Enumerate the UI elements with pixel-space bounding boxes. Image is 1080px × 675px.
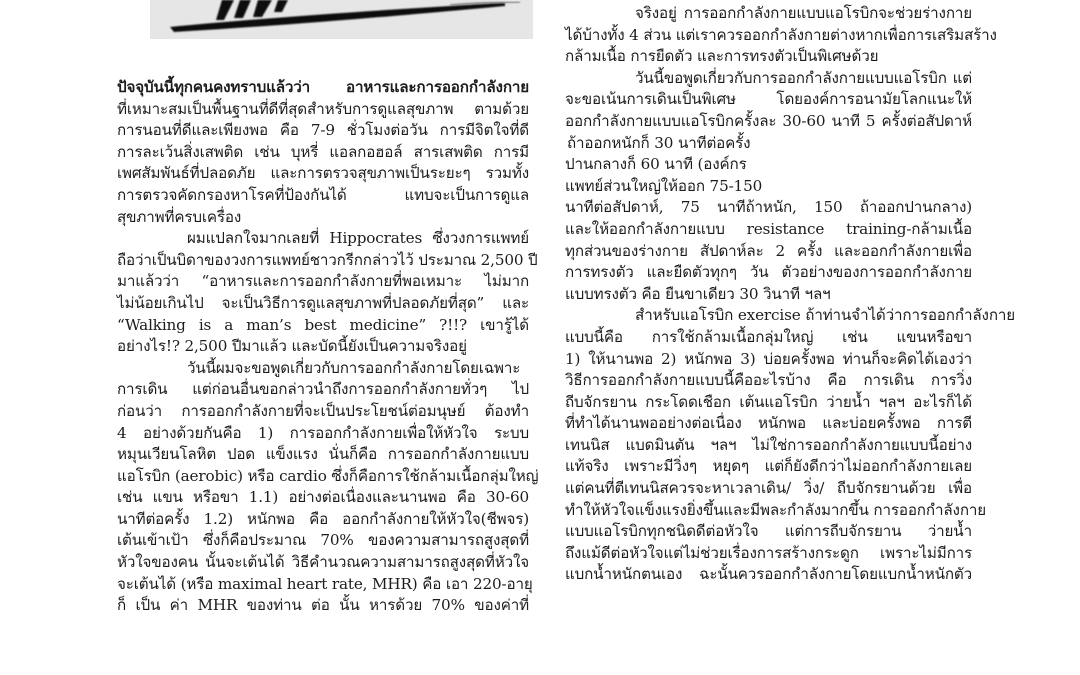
text-line: การทรงตัว และยืดตัวทุกๆ วัน ตัวอย่างของก… bbox=[565, 262, 972, 284]
text-line: ปานกลางก็ 60 นาที (องค์กร bbox=[565, 154, 972, 176]
text-line: 1) ให้นานพอ 2) หนักพอ 3) บ่อยครั้งพอ ท่า… bbox=[565, 349, 972, 371]
text-line: ถือว่าเป็นบิดาของวงการแพทย์ชาวกรีกกล่าวไ… bbox=[117, 250, 529, 272]
text-line: เช่น แขน หรือขา 1.1) อย่างต่อเนื่องและนา… bbox=[117, 487, 529, 509]
text-line: 4 อย่างด้วยกันคือ 1) การออกกำลังกายเพื่อ… bbox=[117, 423, 529, 445]
text-line: แท้จริง เพราะมีวิ่งๆ หยุดๆ แต่ก็ยังดีกว่… bbox=[565, 456, 972, 478]
text-line: “Walking is a man’s best medicine” ?!!? … bbox=[117, 315, 529, 337]
text-line: ก็ เป็น ค่า MHR ของท่าน ต่อ นั้น หารด้วย… bbox=[117, 595, 529, 617]
text-line: ก่อนว่า การออกกำลังกายที่จะเป็นประโยชน์ต… bbox=[117, 401, 529, 423]
page-bottom-edge bbox=[0, 671, 1080, 675]
text-line: การนอนที่ดีและเพียงพอ คือ 7-9 ชั่วโมงต่อ… bbox=[117, 120, 529, 142]
text-line: จะขอเน้นการเดินเป็นพิเศษ โดยองค์การอนามั… bbox=[565, 89, 972, 111]
text-line: หมุนเวียนโลหิต ปอด แข็งแรง นั่นก็คือ การ… bbox=[117, 444, 529, 466]
text-line: ออกกำลังกายแบบแอโรบิกครั้งละ 30-60 นาที … bbox=[565, 111, 972, 133]
text-line: แบกน้ำหนักตนเอง ฉะนั้นควรออกกำลังกายโดยแ… bbox=[565, 564, 972, 586]
text-line: อย่างไร!? 2,500 ปีมาแล้ว และบัดนี้ยังเป็… bbox=[117, 336, 529, 358]
text-line: การเดิน แต่ก่อนอื่นขอกล่าวนำถึงการออกกำล… bbox=[117, 379, 529, 401]
text-line: การตรวจคัดกรองหาโรคที่ป้องกันได้ แทบจะเป… bbox=[117, 185, 529, 207]
text-line: กล้ามเนื้อ การยืดตัว และการทรงตัวเป็นพิเ… bbox=[565, 46, 972, 68]
text-line: แบบแอโรบิกทุกชนิดดีต่อหัวใจ แต่การถีบจัก… bbox=[565, 521, 972, 543]
text-line: ไม่น้อยเกินไป จะเป็นวิธีการดูแลสุขภาพที่… bbox=[117, 293, 529, 315]
text-line: ถีบจักรยาน กระโดดเชือก เต้นแอโรบิก ว่ายน… bbox=[565, 392, 972, 414]
text-line: จะเต้นได้ (หรือ maximal heart rate, MHR)… bbox=[117, 574, 529, 596]
text-line: แอโรบิก (aerobic) หรือ cardio ซึ่งก็คือก… bbox=[117, 466, 529, 488]
text-line: แพทย์ส่วนใหญ่ให้ออก 75-150 bbox=[565, 176, 972, 198]
text-line: นาทีต่อครั้ง 1.2) หนักพอ คือ ออกกำลังกาย… bbox=[117, 509, 529, 531]
text-line: มาแล้วว่า “อาหารและการออกกำลังกายที่พอเห… bbox=[117, 271, 529, 293]
text-line: ถ้าออกหนักก็ 30 นาทีต่อครั้ง bbox=[565, 133, 972, 155]
text-line: เต้นเข้าเป้า ซึ่งก็คือประมาณ 70% ของความ… bbox=[117, 530, 529, 552]
text-line: และให้ออกกำลังกายแบบ resistance training… bbox=[565, 219, 972, 241]
text-line: แบบนี้คือ การใช้กล้ามเนื้อกลุ่มใหญ่ เช่น… bbox=[565, 327, 972, 349]
text-line: ทุกส่วนของร่างกาย สัปดาห์ละ 2 ครั้ง และอ… bbox=[565, 241, 972, 263]
text-line: ถึงแม้ดีต่อหัวใจแต่ไม่ช่วยเรื่องการสร้าง… bbox=[565, 543, 972, 565]
text-line: วิธีการออกกำลังกายแบบนี้คืออะไรบ้าง คือ … bbox=[565, 370, 972, 392]
text-line: นาทีต่อสัปดาห์, 75 นาทีถ้าหนัก, 150 ถ้าอ… bbox=[565, 197, 972, 219]
text-line: วันนี้ผมจะขอพูดเกี่ยวกับการออกกำลังกายโด… bbox=[117, 358, 529, 380]
text-line: หัวใจของคน นั้นจะเต้นได้ วิธีคำนวณความสา… bbox=[117, 552, 529, 574]
article-column-right: จริงอยู่ การออกกำลังกายแบบแอโรบิกจะช่วยร… bbox=[565, 3, 972, 586]
text-line: วันนี้ขอพูดเกี่ยวกับการออกกำลังกายแบบแอโ… bbox=[565, 68, 972, 90]
brush-stroke-title-graphic bbox=[150, 0, 533, 39]
text-line: สุขภาพที่ครบเครื่อง bbox=[117, 207, 529, 229]
article-column-left: ปัจจุบันนี้ทุกคนคงทราบแล้วว่า อาหารและกา… bbox=[117, 77, 529, 617]
text-line: เพศสัมพันธ์ที่ปลอดภัย และการตรวจสุขภาพเป… bbox=[117, 163, 529, 185]
text-line: ได้บ้างทั้ง 4 ส่วน แต่เราควรออกกำลังกายต… bbox=[565, 25, 972, 47]
text-line: จริงอยู่ การออกกำลังกายแบบแอโรบิกจะช่วยร… bbox=[565, 3, 972, 25]
text-line: ที่เหมาะสมเป็นพื้นฐานที่ดีที่สุดสำหรับกา… bbox=[117, 99, 529, 121]
text-line: สำหรับแอโรบิก exercise ถ้าท่านจำได้ว่ากา… bbox=[565, 305, 972, 327]
text-line: แบบทรงตัว คือ ยืนขาเดียว 30 วินาที ฯลฯ bbox=[565, 284, 972, 306]
text-line: ที่ทำได้นานพออย่างต่อเนื่อง หนักพอ และบ่… bbox=[565, 413, 972, 435]
text-line: การละเว้นสิ่งเสพติด เช่น บุหรี่ แอลกอฮอล… bbox=[117, 142, 529, 164]
text-line: ทำให้หัวใจแข็งแรงยิ่งขึ้นและมีพละกำลังมา… bbox=[565, 500, 972, 522]
text-line: ปัจจุบันนี้ทุกคนคงทราบแล้วว่า อาหารและกา… bbox=[117, 77, 529, 99]
text-line: ผมแปลกใจมากเลยที่ Hippocrates ซึ่งวงการแ… bbox=[117, 228, 529, 250]
title-banner-image bbox=[150, 0, 533, 39]
text-line: แต่คนที่ตีเทนนิสควรจะหาเวลาเดิน/ วิ่ง/ ถ… bbox=[565, 478, 972, 500]
text-line: เทนนิส แบดมินตัน ฯลฯ ไม่ใช่การออกกำลังกา… bbox=[565, 435, 972, 457]
